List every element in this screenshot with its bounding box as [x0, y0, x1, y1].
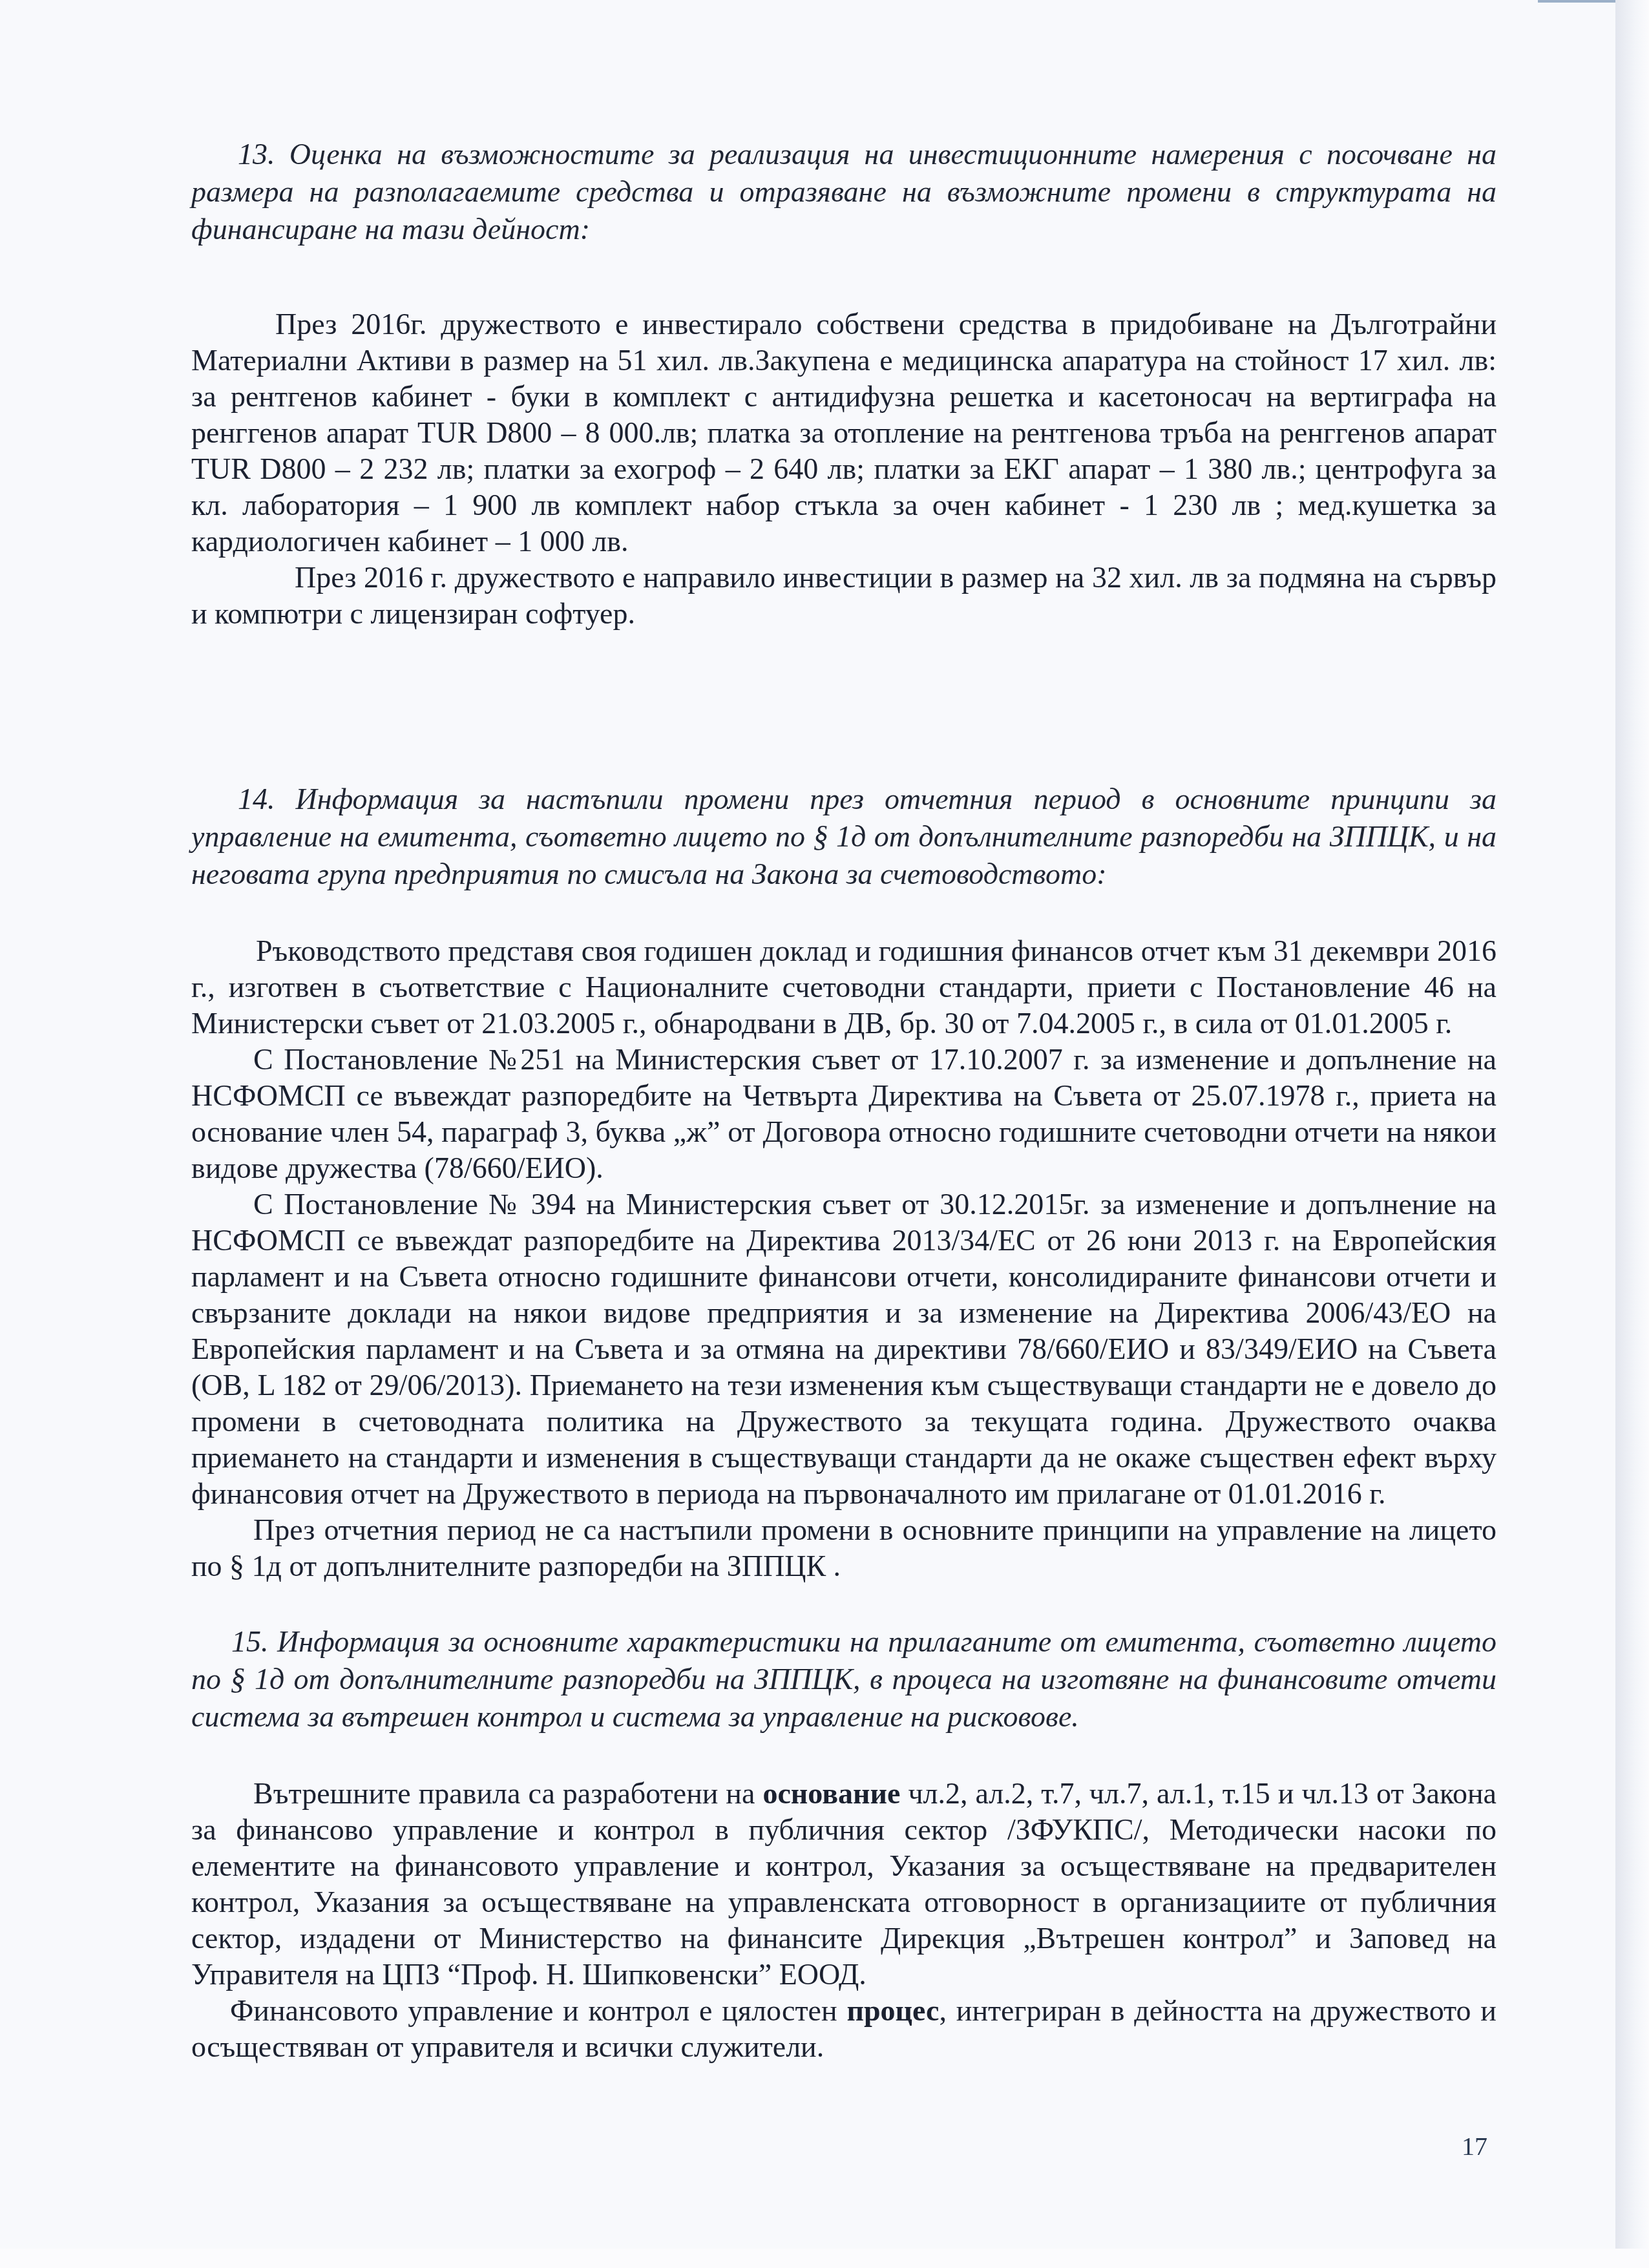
- paragraph: През 2016г. дружеството е инвестирало со…: [191, 306, 1497, 560]
- paragraph: Вътрешните правила са разработени на осн…: [191, 1776, 1497, 1993]
- paragraph: През отчетния период не са настъпили про…: [191, 1512, 1497, 1584]
- text-run: Финансовото управление и контрол е цялос…: [230, 1994, 846, 2027]
- bold-term: процес: [846, 1994, 939, 2027]
- section-heading: 14. Информация за настъпили промени през…: [191, 781, 1497, 893]
- page-edge-shadow: [1615, 0, 1649, 2268]
- page-edge-mark: [1538, 0, 1615, 3]
- document-content: 13. Оценка на възможностите за реализаци…: [191, 136, 1497, 2065]
- section-14: 14. Информация за настъпили промени през…: [191, 781, 1497, 1584]
- section-13: 13. Оценка на възможностите за реализаци…: [191, 136, 1497, 632]
- section-heading: 15. Информация за основните характеристи…: [191, 1623, 1497, 1736]
- page-bottom-margin: [0, 2249, 1649, 2268]
- paragraph: С Постановление №251 на Министерския съв…: [191, 1042, 1497, 1186]
- page-number: 17: [1462, 2131, 1487, 2161]
- paragraph: Ръководството представя своя годишен док…: [191, 933, 1497, 1042]
- section-heading: 13. Оценка на възможностите за реализаци…: [191, 136, 1497, 248]
- paragraph: Финансовото управление и контрол е цялос…: [191, 1993, 1497, 2065]
- paragraph: С Постановление № 394 на Министерския съ…: [191, 1186, 1497, 1512]
- text-run: Вътрешните правила са разработени на: [253, 1777, 762, 1810]
- bold-term: основание: [762, 1777, 900, 1810]
- paragraph: През 2016 г. дружеството е направило инв…: [191, 560, 1497, 632]
- section-15: 15. Информация за основните характеристи…: [191, 1623, 1497, 2065]
